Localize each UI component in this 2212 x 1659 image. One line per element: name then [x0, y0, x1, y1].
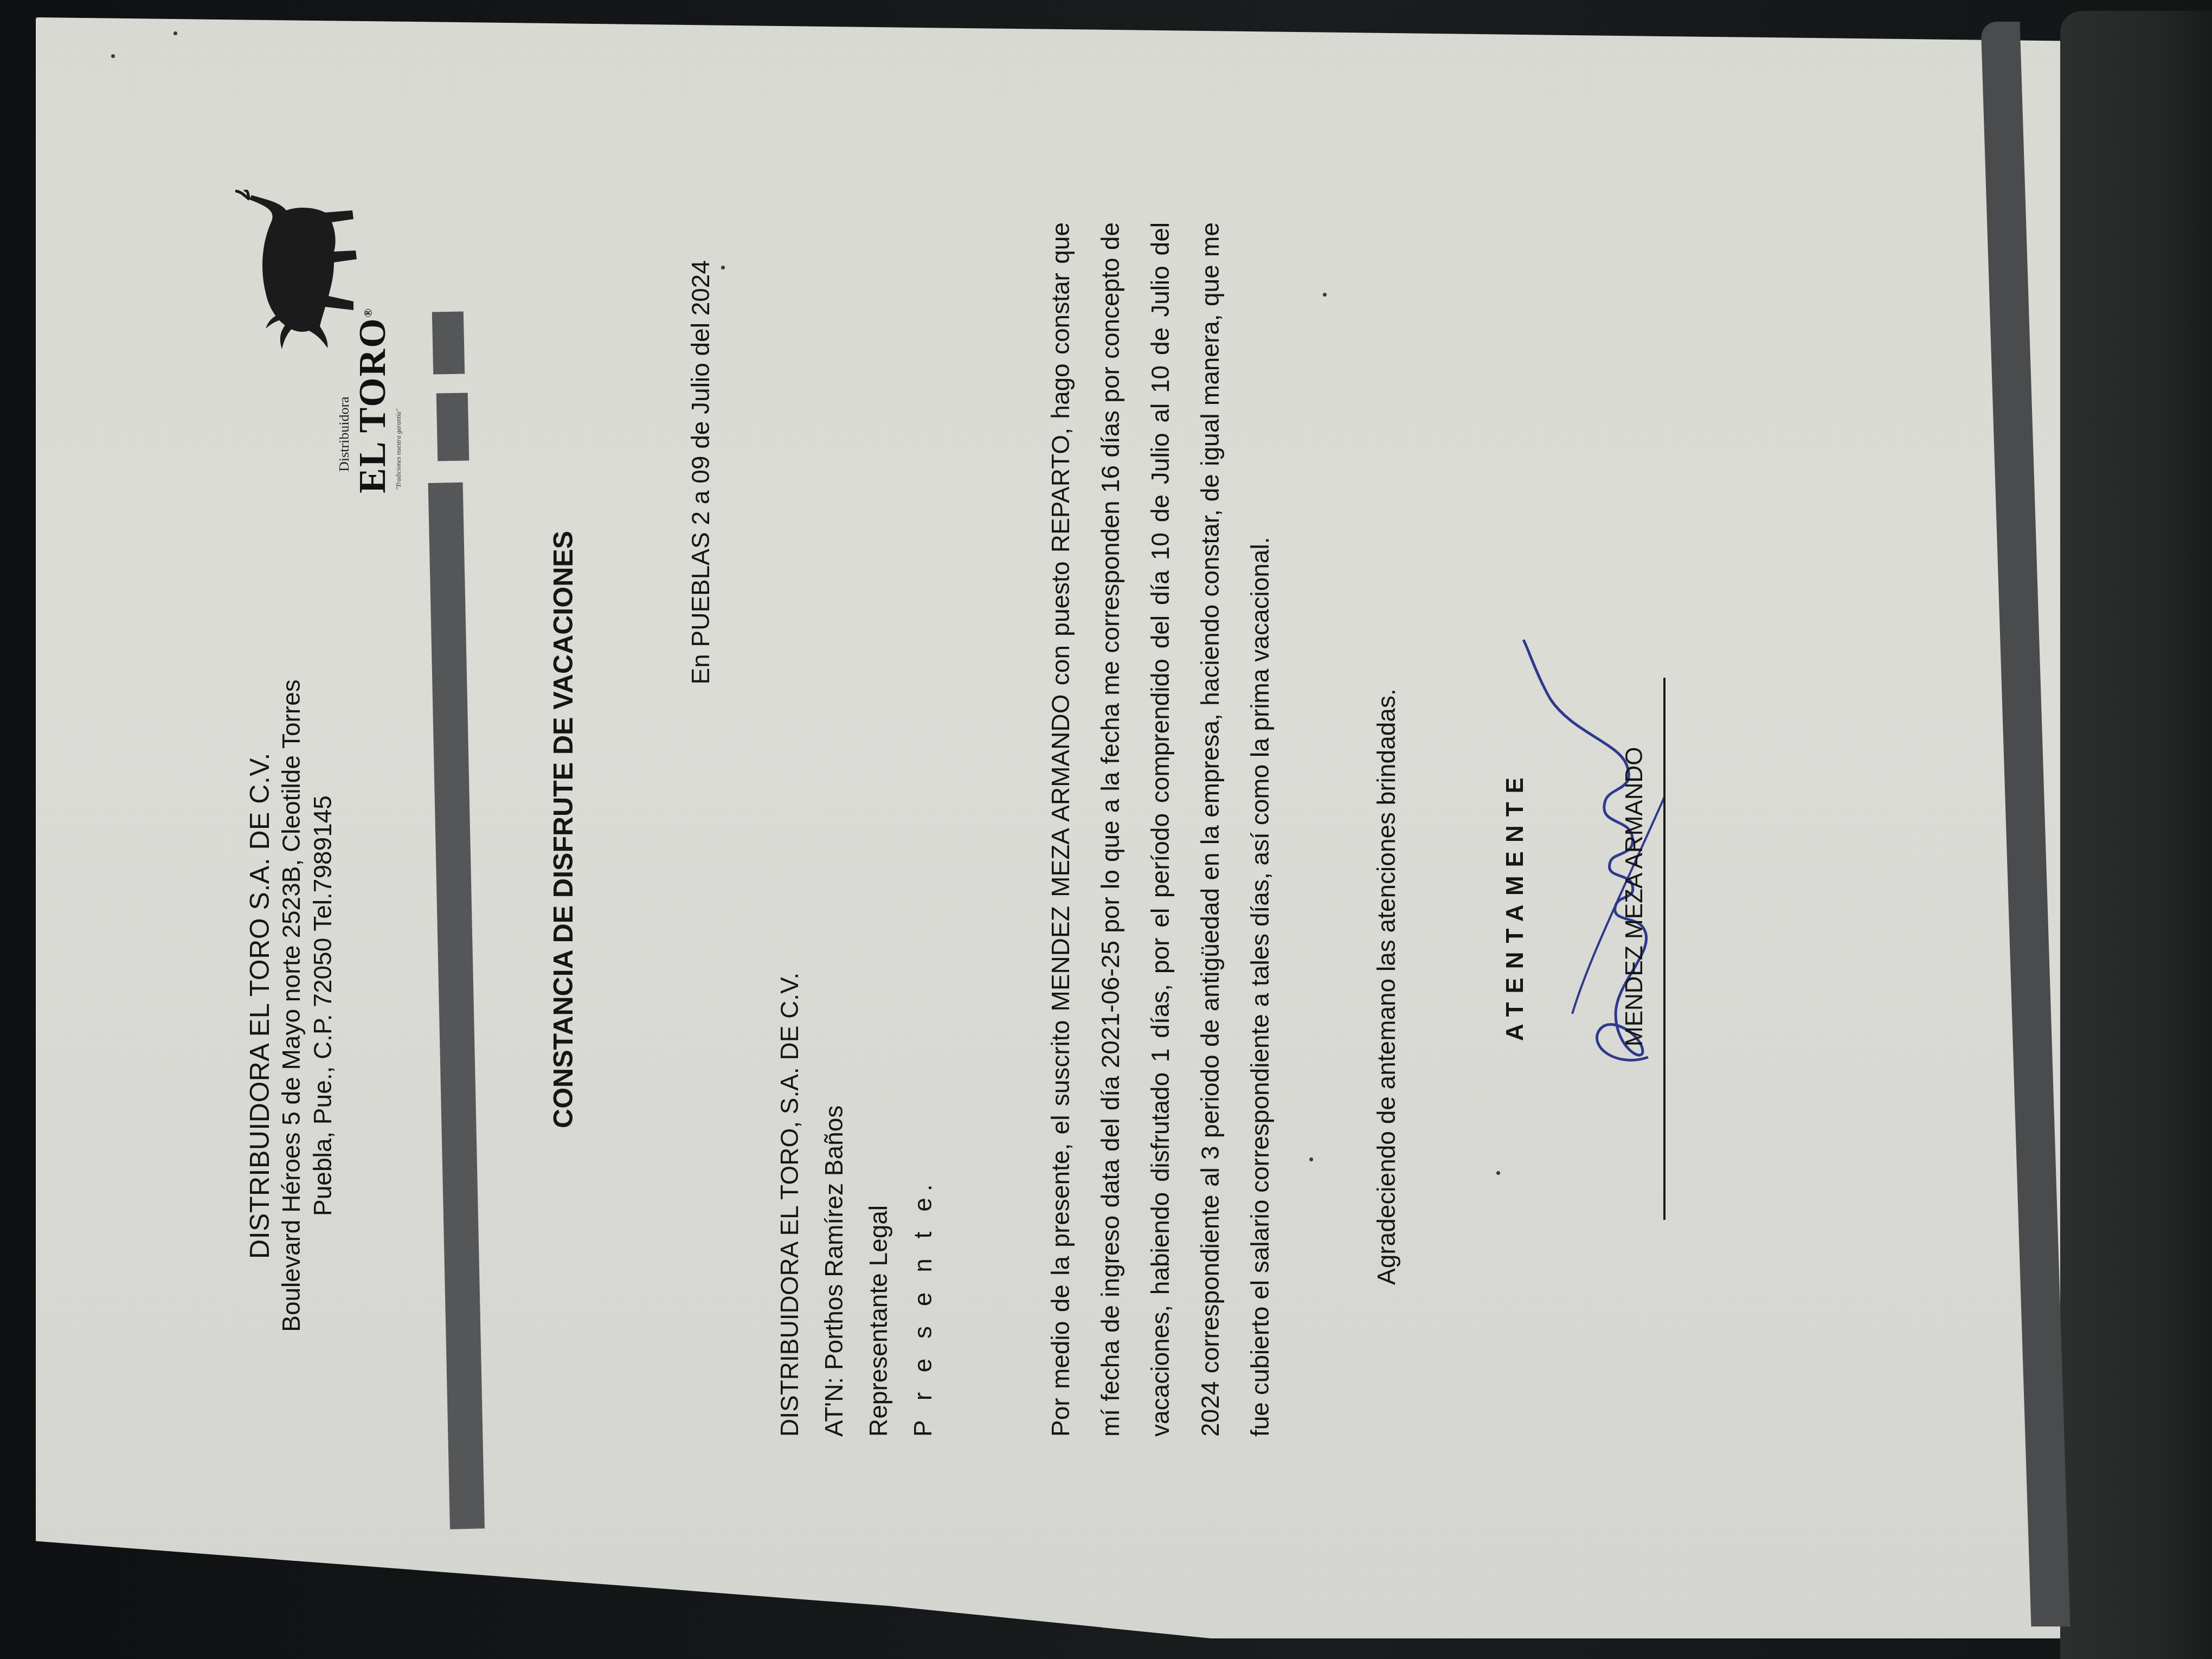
letter-document: DISTRIBUIDORA EL TORO S.A. DE C.V. Boule… — [103, 70, 2109, 1589]
speck — [111, 54, 115, 58]
decorative-bar-short — [436, 393, 470, 461]
recipient-block: DISTRIBUIDORA EL TORO, S.A. DE C.V. AT'N… — [767, 973, 945, 1437]
body-paragraph: Por medio de la presente, el suscrito ME… — [1036, 222, 1285, 1437]
recipient-attention: AT'N: Porthos Ramírez Baños — [812, 973, 856, 1437]
letterhead-address-line1: Boulevard Héroes 5 de Mayo norte 2523B, … — [275, 531, 307, 1480]
speck — [173, 31, 177, 35]
date-line: En PUEBLAS 2 a 09 de Julio del 2024 — [686, 260, 715, 685]
decorative-bar-long — [428, 483, 485, 1529]
recipient-company: DISTRIBUIDORA EL TORO, S.A. DE C.V. — [767, 973, 812, 1437]
logo-tagline: "Tradiciones nuestra garantía" — [395, 409, 403, 490]
recipient-role: Representante Legal — [856, 973, 901, 1437]
recipient-salutation: P r e s e n t e. — [901, 973, 945, 1437]
bull-icon — [228, 190, 369, 352]
photo-background: DISTRIBUIDORA EL TORO S.A. DE C.V. Boule… — [0, 0, 2212, 1659]
signature-line — [1663, 678, 1666, 1220]
company-logo: Distribuidora EL TORO® "Tradiciones nues… — [228, 190, 423, 493]
letterhead: DISTRIBUIDORA EL TORO S.A. DE C.V. Boule… — [244, 531, 338, 1480]
closing-text: Agradeciendo de antemano las atenciones … — [1372, 689, 1401, 1285]
signer-name: MENDEZ MEZA ARMANDO — [1621, 747, 1648, 1047]
decorative-bar-short — [432, 311, 465, 374]
letterhead-company-name: DISTRIBUIDORA EL TORO S.A. DE C.V. — [244, 531, 275, 1480]
logo-small-text: Distribuidora — [336, 396, 352, 472]
logo-brand-name: EL TORO — [352, 317, 394, 493]
logo-brand-text: EL TORO® — [351, 307, 395, 493]
registered-mark: ® — [361, 307, 375, 317]
letterhead-address-line2: Puebla, Pue., C.P. 72050 Tel.7989145 — [307, 531, 338, 1480]
document-title: CONSTANCIA DE DISFRUTE DE VACACIONES — [548, 70, 579, 1589]
